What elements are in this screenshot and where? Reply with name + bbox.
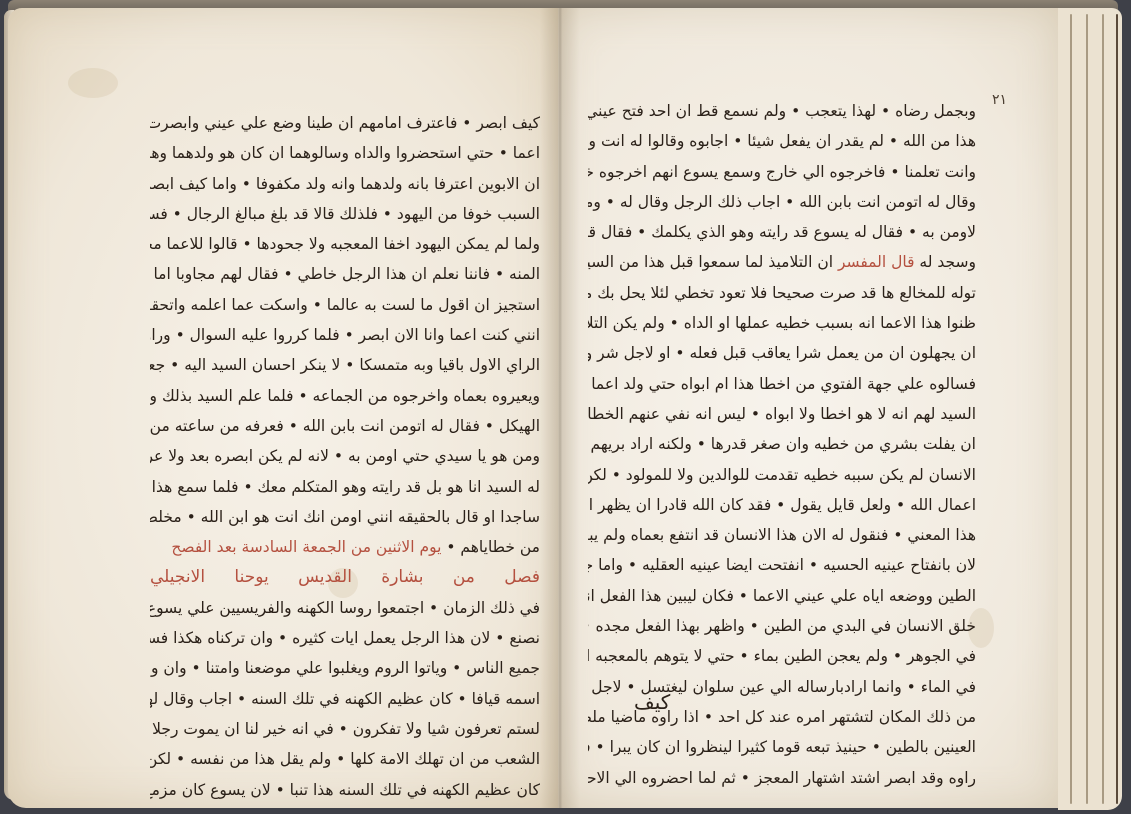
text-line: الهيكل • فقال له اتومن انت بابن الله • ف…	[150, 411, 540, 441]
paper-stain	[68, 68, 118, 98]
text-line-with-rubric: وسجد له قال المفسر ان التلاميذ لما سمعوا…	[588, 247, 976, 277]
text-line: جميع الناس • وياتوا الروم ويغلبوا علي مو…	[150, 653, 540, 683]
text-line: ان الابوين اعترفا بانه ولدهما وانه ولد م…	[150, 169, 540, 199]
lection-title-rubric: فصل من بشارة القديس يوحنا الانجيلي	[150, 562, 540, 592]
text-line: الشعب من ان تهلك الامة كلها • ولم يقل هذ…	[150, 744, 540, 774]
page-block-edges	[1058, 8, 1122, 810]
text-line: نصنع • لان هذا الرجل يعمل ايات كثيره • و…	[150, 623, 540, 653]
text-line: وانت تعلمنا • فاخرجوه الي خارج وسمع يسوع…	[588, 157, 976, 187]
text-line: كان عظيم الكهنه في تلك السنه هذا تنبا • …	[150, 775, 540, 805]
text-line: في الجوهر • ولم يعجن الطين بماء • حتي لا…	[588, 641, 976, 671]
text-line: في ذلك الزمان • اجتمعوا روسا الكهنه والف…	[150, 593, 540, 623]
text-line: المنه • فاننا نعلم ان هذا الرجل خاطي • ف…	[150, 259, 540, 289]
text-line: راوه وقد ابصر اشتد اشتهار المعجز • ثم لم…	[588, 763, 976, 793]
text-line: ويعيروه بعماه واخرجوه من الجماعه • فلما …	[150, 381, 540, 411]
text-line: ساجدا او قال بالحقيقه انني اومن انك انت …	[150, 502, 540, 532]
book-gutter	[540, 8, 580, 808]
right-page-text: وبجمل رضاه • لهذا يتعجب • ولم نسمع قط ان…	[588, 96, 976, 793]
text-line: ان يجهلون ان من يعمل شرا يعاقب قبل فعله …	[588, 338, 976, 368]
text-line: هذا من الله • لم يقدر ان يفعل شيئا • اجا…	[588, 126, 976, 156]
text-line: لستم تعرفون شيا ولا تفكرون • في انه خير …	[150, 714, 540, 744]
text-line: اعما • حتي استحضروا والداه وسالوهما ان ك…	[150, 138, 540, 168]
text-line: هذا المعني • فنقول له الان هذا الانسان ق…	[588, 520, 976, 550]
lection-heading-rubric: يوم الاثنين من الجمعة السادسة بعد الفصح	[171, 538, 441, 556]
commentator-rubric: قال المفسر	[838, 253, 915, 271]
text-line: وقال له اتومن انت بابن الله • اجاب ذلك ا…	[588, 187, 976, 217]
text-line: السيد لهم انه لا هو اخطا ولا ابواه • ليس…	[588, 399, 976, 429]
text-line: السبب خوفا من اليهود • فلذلك قالا قد بلغ…	[150, 199, 540, 229]
left-page-text: كيف ابصر • فاعترف امامهم ان طينا وضع علي…	[150, 108, 540, 805]
text-line: الطين ووضعه اياه علي عيني الاعما • فكان …	[588, 581, 976, 611]
text-line: استجيز ان اقول ما لست به عالما • واسكت ع…	[150, 290, 540, 320]
text-line: خلق الانسان في البدي من الطين • واظهر به…	[588, 611, 976, 641]
text-line: ومن هو يا سيدي حتي اومن به • لانه لم يكن…	[150, 441, 540, 471]
text-line: كيف ابصر • فاعترف امامهم ان طينا وضع علي…	[150, 108, 540, 138]
text-line: ان يفلت بشري من خطيه وان صغر قدرها • ولك…	[588, 429, 976, 459]
text-line: وبجمل رضاه • لهذا يتعجب • ولم نسمع قط ان…	[588, 96, 976, 126]
folio-number: ٢١	[992, 92, 1007, 108]
text-line: لان بانفتاح عينيه الحسيه • انفتحت ايضا ع…	[588, 550, 976, 580]
text-line: اسمه قيافا • كان عظيم الكهنه في تلك السن…	[150, 684, 540, 714]
text-line: اعمال الله • ولعل قايل يقول • فقد كان ال…	[588, 490, 976, 520]
text-fragment: ان التلاميذ لما سمعوا قبل هذا من السيد	[588, 253, 833, 271]
text-line: توله للمخالع ها قد صرت صحيحا فلا تعود تخ…	[588, 278, 976, 308]
text-line: فسالوه علي جهة الفتوي من اخطا هذا ام ابو…	[588, 369, 976, 399]
text-line: له السيد انا هو بل قد رايته وهو المتكلم …	[150, 472, 540, 502]
text-line: الراي الاول باقيا وبه متمسكا • لا ينكر ا…	[150, 350, 540, 380]
catchword: كيف	[634, 690, 670, 714]
text-line: ولما لم يمكن اليهود اخفا المعجبه ولا جحو…	[150, 229, 540, 259]
text-line: العينين بالطين • حينيذ تبعه قوما كثيرا ل…	[588, 732, 976, 762]
text-line: ظنوا هذا الاعما انه بسبب خطيه عملها او ا…	[588, 308, 976, 338]
text-fragment: وسجد له	[919, 253, 976, 271]
text-line: انني كنت اعما وانا الان ابصر • فلما كررو…	[150, 320, 540, 350]
text-line: لاومن به • فقال له يسوع قد رايته وهو الذ…	[588, 217, 976, 247]
text-line: الانسان لم يكن سببه خطيه تقدمت للوالدين …	[588, 460, 976, 490]
text-line-with-rubric: من خطاياهم • يوم الاثنين من الجمعة الساد…	[150, 532, 540, 562]
manuscript-spread: كيف ابصر • فاعترف امامهم ان طينا وضع علي…	[0, 0, 1131, 814]
text-fragment: من خطاياهم •	[446, 538, 540, 556]
